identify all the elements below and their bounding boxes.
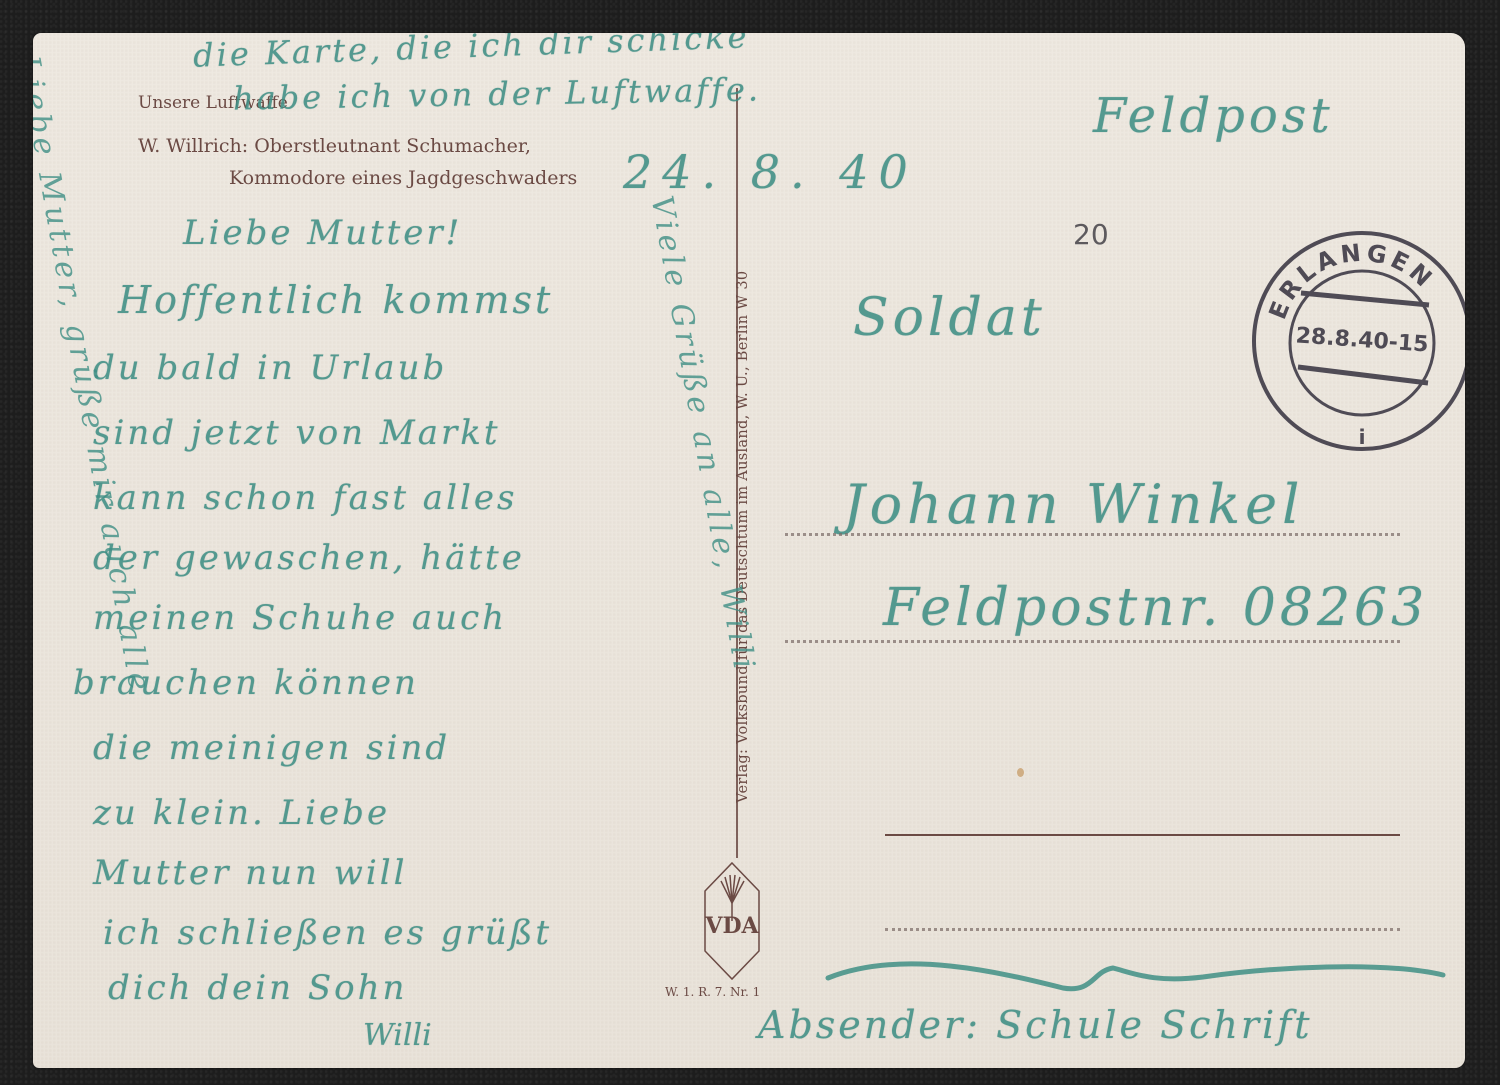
message-line: dich dein Sohn xyxy=(108,968,407,1008)
message-line: die meinigen sind xyxy=(93,728,450,768)
message-top-line-2: habe ich von der Luftwaffe. xyxy=(233,70,762,117)
message-date: 24. 8. 40 xyxy=(623,145,918,199)
message-line: zu klein. Liebe xyxy=(93,793,390,833)
stain xyxy=(1017,768,1024,777)
message-line: ich schließen es grüßt xyxy=(103,913,552,953)
print-code: W. 1. R. 7. Nr. 1 xyxy=(665,985,760,999)
recipient-name: Johann Winkel xyxy=(843,473,1304,536)
message-line: Hoffentlich kommst xyxy=(118,278,553,322)
feldpost-mark: Feldpost xyxy=(1093,88,1334,144)
message-line: sind jetzt von Markt xyxy=(93,413,501,453)
postmark-stamp: ERLANGEN 28.8.40-15 i xyxy=(1246,225,1465,457)
postmark-date: 28.8.40-15 xyxy=(1295,323,1429,357)
message-top-line-1: die Karte, die ich dir schicke xyxy=(193,33,751,75)
address-line-4 xyxy=(885,928,1400,931)
logo-letters: VDA xyxy=(704,913,759,939)
message-line: kann schon fast alles xyxy=(93,478,517,518)
address-line-2 xyxy=(785,640,1400,643)
postmark-code: i xyxy=(1359,425,1366,449)
message-line: Mutter nun will xyxy=(93,853,407,893)
recipient-title: Soldat xyxy=(853,288,1046,348)
field-post-number: Feldpostnr. 08263 xyxy=(883,578,1428,638)
address-line-1 xyxy=(785,533,1400,536)
postmark-town: ERLANGEN xyxy=(1263,238,1440,323)
message-line: meinen Schuhe auch xyxy=(93,598,507,638)
message-line: du bald in Urlaub xyxy=(93,348,447,388)
svg-text:ERLANGEN: ERLANGEN xyxy=(1263,238,1440,323)
artwork-caption-line1: W. Willrich: Oberstleutnant Schumacher, xyxy=(138,135,531,157)
artwork-caption-line2: Kommodore eines Jagdgeschwaders xyxy=(229,167,577,189)
postcard: Unsere Luftwaffe W. Willrich: Oberstleut… xyxy=(33,33,1465,1068)
message-line: der gewaschen, hätte xyxy=(93,538,525,578)
address-line-3 xyxy=(885,834,1400,836)
pencil-number: 20 xyxy=(1073,218,1109,251)
message-greeting: Liebe Mutter! xyxy=(183,213,462,253)
message-signature: Willi xyxy=(363,1018,432,1053)
underline-flourish xyxy=(823,953,1453,998)
publisher-logo-icon: VDA xyxy=(703,861,761,981)
sender-note: Absender: Schule Schrift xyxy=(758,1003,1313,1047)
